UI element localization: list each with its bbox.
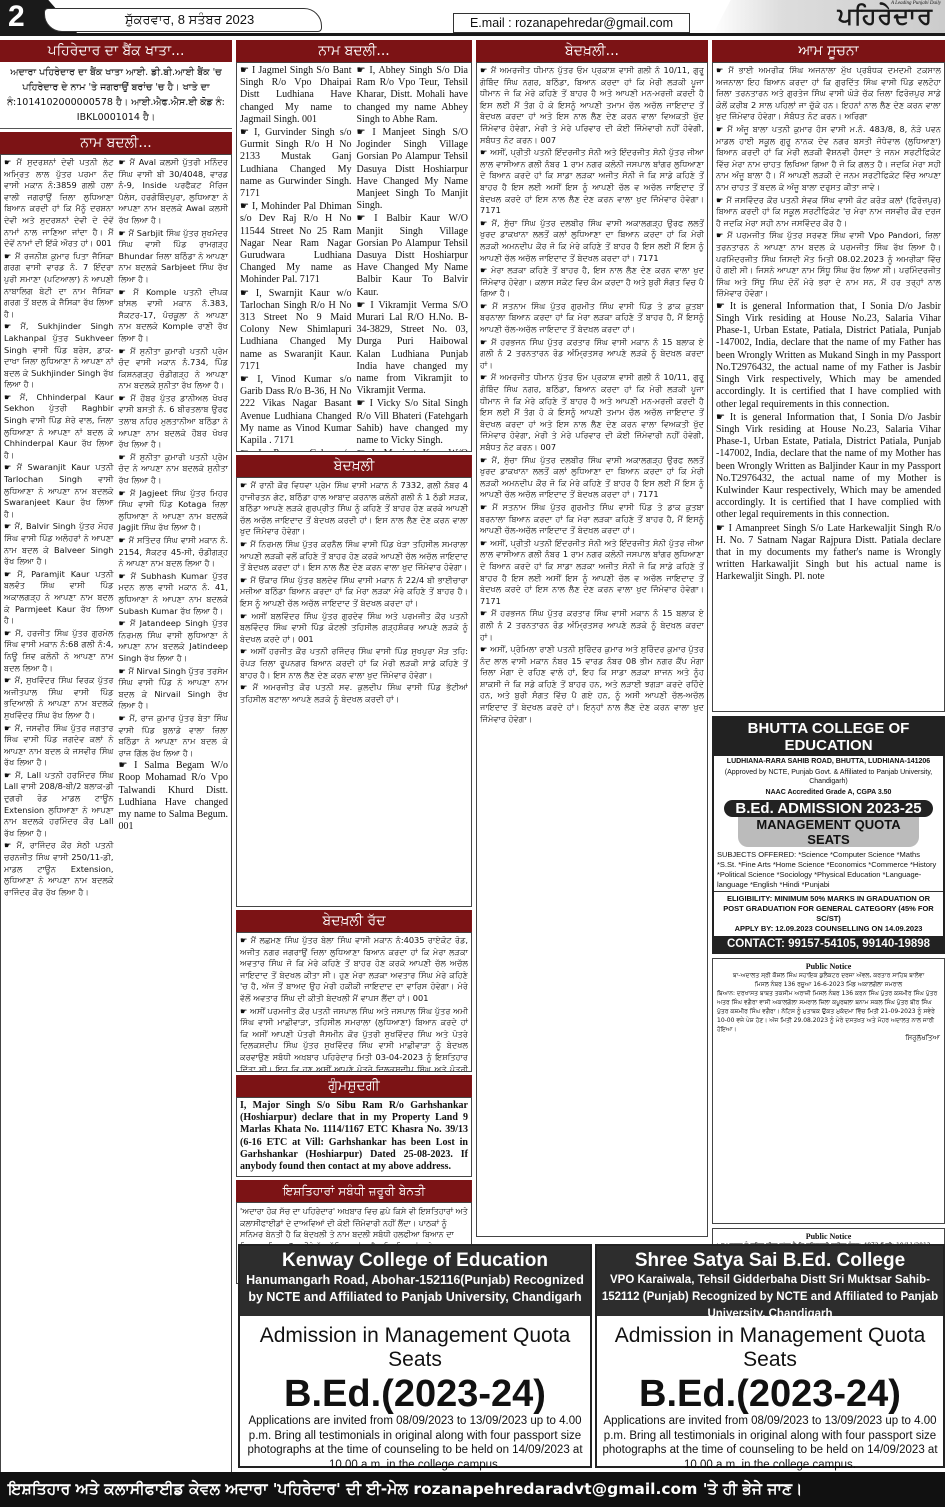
naam-badli-en-right: ☛ I, Abhey Singh S/o Dia Ram R/o Vpo Teu… bbox=[357, 65, 469, 449]
column-name-change-english: ਨਾਮ ਬਦਲੀ... ☛ I Jagmel Singh S/o Bant Si… bbox=[236, 40, 472, 1284]
bedakhli-right-list: ☛ ਮੈਂ ਅਮਰਜੀਤ ਧੀਮਾਨ ਪੁੱਤਰ ਓਮ ਪ੍ਰਕਾਸ਼ ਵਾਸੀ… bbox=[476, 62, 708, 1237]
newspaper-logo: A Leading Punjabi Daily ਪਹਿਰੇਦਾਰ bbox=[712, 0, 945, 36]
list-item: ☛ ਮੈਂ Nirval Singh ਪੁੱਤਰ ਤਰਸੇਮ ਸਿੰਘ ਵਾਸੀ… bbox=[119, 666, 229, 712]
list-item: ☛ ਮੈਂ ਹਰਭਜਨ ਸਿੰਘ ਪੁੱਤਰ ਕਰਤਾਰ ਸਿੰਘ ਵਾਸੀ ਮ… bbox=[480, 337, 704, 372]
list-item: ☛ ਮੈਂ ਰਜਨੀਸ਼ ਕੁਮਾਰ ਪਿਤਾ ਜੈਸਿਕਾ ਗਰਗ ਵਾਸੀ … bbox=[4, 251, 114, 321]
list-item: ☛ ਅਸੀਂ ਪਰਮਜੀਤ ਕੌਰ ਪਤਨੀ ਜਸਪਾਲ ਸਿੰਘ ਅਤੇ ਜਸ… bbox=[240, 1006, 468, 1072]
list-item: ☛ ਮੈਂ, Balvir Singh ਪੁੱਤਰ ਮੋਹਰ ਸਿੰਘ ਵਾਸੀ… bbox=[4, 521, 114, 567]
list-item: ☛ ਮੈਂ ਸਤਿੰਦਰ ਸਿੰਘ ਵਾਸੀ ਮਕਾਨ ਨੰ. 2154, ਸੈ… bbox=[119, 535, 229, 570]
list-item: ☛ I Manjeet Singh S/O Joginder Singh Vil… bbox=[357, 127, 469, 212]
satya-sai-college-ad: Shree Satya Sai B.Ed. College VPO Karaiw… bbox=[595, 1244, 945, 1468]
bedakhli-list: ☛ ਮੈਂ ਰਾਨੀ ਕੌਰ ਵਿਧਵਾ ਪ੍ਰੇਮ ਸਿੰਘ ਵਾਸੀ ਮਕਾ… bbox=[236, 477, 472, 907]
ad-header: Shree Satya Sai B.Ed. College VPO Karaiw… bbox=[597, 1246, 943, 1316]
list-item: ☛ I, Swarnjit Kaur w/o Tarlochan Singh R… bbox=[240, 288, 352, 373]
section-header-bedakhli-radd: ਬੇਦਖ਼ਲੀ ਰੱਦ bbox=[236, 910, 472, 932]
list-item: ☛ I, Gurvinder Singh s/o Gurmit Singh R/… bbox=[240, 127, 352, 200]
list-item: ☛ ਮੈਂ, ਹਰਜੀਤ ਸਿੰਘ ਪੁੱਤਰ ਗੁਰਮੇਲ ਸਿੰਘ ਵਾਸੀ… bbox=[4, 628, 114, 674]
aam-soochna-list: ☛ ਮੈਂ ਭਾਈ ਅਮਰੀਕ ਸਿੰਘ ਅਜਨਾਲਾ ਮੁੱਖ ਪ੍ਰਬੰਧਕ… bbox=[712, 62, 945, 712]
list-item: ☛ ਮੈਂ ਨਿਰਮਲ ਸਿੰਘ ਪੁੱਤਰ ਕਰਨੈਲ ਸਿੰਘ ਵਾਸੀ ਪ… bbox=[240, 539, 468, 574]
list-item: ☛ ਮੈਂ ਅੰਜੂ ਬਾਲਾ ਪਤਨੀ ਕੁਮਾਰ ਹੰਸ ਵਾਸੀ ਮ.ਨੰ… bbox=[716, 124, 941, 194]
list-item: ☛ ਮੈਂ Swaranjit Kaur ਪਤਨੀ Tarlochan Sing… bbox=[4, 462, 114, 520]
section-header-bedakhli-right: ਬੇਦਖ਼ਲੀ... bbox=[476, 40, 708, 62]
list-item: ☛ I Amanpreet Singh S/o Late Harkewaljit… bbox=[716, 523, 941, 584]
list-item: ☛ ਮੈਂ ਅਮਰਜੀਤ ਕੌਰ ਪਤਨੀ ਸਵ. ਕੁਲਦੀਪ ਸਿੰਘ ਵਾ… bbox=[240, 682, 468, 705]
list-item: ☛ ਮੈਂ ਲਛਮਣ ਸਿੰਘ ਪੁੱਤਰ ਬੇਲਾ ਸਿੰਘ ਵਾਸੀ ਮਕਾ… bbox=[240, 935, 468, 1005]
column-bedakhli-right: ਬੇਦਖ਼ਲੀ... ☛ ਮੈਂ ਅਮਰਜੀਤ ਧੀਮਾਨ ਪੁੱਤਰ ਓਮ ਪ… bbox=[476, 40, 708, 1237]
list-item: ☛ ਮੈਂ ਓਂਕਾਰ ਸਿੰਘ ਪੁੱਤਰ ਬਲਦੇਵ ਸਿੰਘ ਵਾਸੀ ਮ… bbox=[240, 575, 468, 610]
list-item: ☛ It is general Information that, I Soni… bbox=[716, 412, 941, 522]
public-notice-title: Public Notice bbox=[717, 962, 940, 971]
list-item: ☛ ਮੈਂ Jatandeep Singh ਪੁੱਤਰ ਨਿਰਮਲ ਸਿੰਘ ਵ… bbox=[119, 618, 229, 664]
bhutta-college-ad: BHUTTA COLLEGE OF EDUCATION LUDHIANA-RAR… bbox=[712, 716, 945, 954]
list-item: ☛ ਮੈਂ ਸੁਨੀਤਾ ਕੁਮਾਰੀ ਪਤਨੀ ਪ੍ਰੇਮ ਚੰਦ ਵਾਸੀ … bbox=[119, 346, 229, 392]
notice-body: ਬਿਆਨ: ਦਰਖਾਸਤ ਬਾਬਤ ਤਕਸੀਮ ਅਰਾਜ਼ੀ ਮਿਸਲ ਨੰਬਰ… bbox=[717, 989, 940, 1034]
list-item: ☛ I, Vinod Kumar s/o Garib Dass R/o B-36… bbox=[240, 374, 352, 447]
list-item: ☛ ਮੇਰਾ ਲੜਕਾ ਕਹਿਣੇ ਤੋਂ ਬਾਹਰ ਹੈ, ਇਸ ਨਾਲ ਲੈ… bbox=[480, 265, 704, 300]
naam-badli-left-column: ☛ ਮੈਂ ਸੁਦਰਸ਼ਨਾਂ ਦੇਵੀ ਪਤਨੀ ਲੇਟ ਅਮ੍ਰਿਤ ਲਾਲ… bbox=[4, 157, 114, 1507]
masthead-email[interactable]: E.mail : rozanapehredar@gmail.com bbox=[453, 13, 690, 33]
list-item: ☛ ਮੈਂ, ਸੁਖਵਿੰਦਰ ਸਿੰਘ ਵਿਰਕ ਪੁੱਤਰ ਅਜੀਤਪਾਲ … bbox=[4, 675, 114, 721]
list-item: ☛ I Vikramjit Verma S/O Murari Lal R/O H… bbox=[357, 300, 469, 398]
masthead-divider bbox=[0, 33, 945, 36]
naam-badli-punjabi-list: ☛ ਮੈਂ ਸੁਦਰਸ਼ਨਾਂ ਦੇਵੀ ਪਤਨੀ ਲੇਟ ਅਮ੍ਰਿਤ ਲਾਲ… bbox=[0, 154, 232, 1507]
list-item: ☛ ਮੈਂ ਸਤਨਾਮ ਸਿੰਘ ਪੁੱਤਰ ਗੁਰਮੀਤ ਸਿੰਘ ਵਾਸੀ … bbox=[480, 301, 704, 336]
list-item: ☛ ਮੈਂ, ਰਾਜਿੰਦਰ ਕੌਰ ਸੇਠੀ ਪਤਨੀ ਚਰਨਜੀਤ ਸਿੰਘ… bbox=[4, 840, 114, 898]
list-item: ☛ ਮੈਂ, Sukhjinder Singh Lakhanpal ਪੁੱਤਰ … bbox=[4, 321, 114, 391]
section-header-bank: ਪਹਿਰੇਦਾਰ ਦਾ ਬੈਂਕ ਖਾਤਾ... bbox=[0, 40, 232, 62]
bhutta-address: LUDHIANA-RARA SAHIB ROAD, BHUTTA, LUDHIA… bbox=[714, 756, 943, 767]
list-item: ☛ ਮੈਂ ਪਰਮਜੀਤ ਸਿੰਘ ਪੁੱਤਰ ਸਰਵਣ ਸਿੰਘ ਵਾਸੀ V… bbox=[716, 230, 941, 300]
list-item: ☛ ਅਸੀਂ, ਪ੍ਰੋਮਿਲਾ ਰਾਣੀ ਪਤਨੀ ਸੁਰਿੰਦਰ ਕੁਮਾਰ… bbox=[480, 644, 704, 725]
college-name: Kenway College of Education bbox=[242, 1250, 588, 1272]
section-header-naam-badli-2: ਨਾਮ ਬਦਲੀ... bbox=[236, 40, 472, 62]
list-item: ☛ I, Abhey Singh S/o Dia Ram R/o Vpo Teu… bbox=[357, 65, 469, 126]
public-notice-title: Public Notice bbox=[717, 1232, 940, 1241]
issue-date: ਸ਼ੁੱਕਰਵਾਰ, 8 ਸਤੰਬਰ 2023 bbox=[44, 8, 322, 32]
list-item: ☛ ਮੈਂ Aval ਕਲਸੀ ਪੁੱਤਰੀ ਮਨਿੰਦਰ ਸਿੰਘ ਵਾਸੀ … bbox=[119, 157, 229, 227]
section-header-naam-badli: ਨਾਮ ਬਦਲੀ... bbox=[0, 132, 232, 154]
list-item: ☛ ਮੈਂ, ਰਾਜ ਕੁਮਾਰ ਪੁੱਤਰ ਬੇਤਾ ਸਿੰਘ ਵਾਸੀ ਪਿ… bbox=[119, 713, 229, 759]
naam-badli-english-list: ☛ I Jagmel Singh S/o Bant Singh R/o Vpo … bbox=[236, 62, 472, 452]
course-name: B.Ed.(2023-24) bbox=[240, 1374, 590, 1414]
list-item: ☛ ਮੈਂ Komple ਪਤਨੀ ਦੀਪਕ ਬਾਂਸਲ ਵਾਸੀ ਮਕਾਨ ਨ… bbox=[119, 287, 229, 345]
list-item: ☛ ਮੈਂ ਸੁਦਰਸ਼ਨਾਂ ਦੇਵੀ ਪਤਨੀ ਲੇਟ ਅਮ੍ਰਿਤ ਲਾਲ… bbox=[4, 157, 114, 250]
naac-badge: NAAC Accredited Grade A, CGPA 3.50 bbox=[714, 787, 943, 798]
list-item: ☛ ਅਸੀਂ, ਪ੍ਰੀਤੀ ਪਤਨੀ ਇੰਦਰਜੀਤ ਸੋਨੀ ਅਤੇ ਇੰਦ… bbox=[480, 538, 704, 608]
list-item: ☛ ਮੈਂ Sarbjit ਸਿੰਘ ਪੁੱਤਰ ਸੁਖਮੰਦਰ ਸਿੰਘ ਵਾ… bbox=[119, 228, 229, 286]
section-header-disclaimer: ਇਸ਼ਤਿਹਾਰਾਂ ਸਬੰਧੀ ਜ਼ਰੂਰੀ ਬੇਨਤੀ bbox=[236, 1180, 472, 1202]
notice-signature: ਸਿਰੁਲੱਖਤਿਆ bbox=[717, 1034, 940, 1043]
bhutta-eligibility-2: POST GRADUATION FOR GENERAL CATEGORY (45… bbox=[714, 904, 943, 924]
list-item: ☛ It is general Information that, I Soni… bbox=[716, 301, 941, 411]
list-item: ☛ ਮੈਂ ਸਤਨਾਮ ਸਿੰਘ ਪੁੱਤਰ ਗੁਰਮੀਤ ਸਿੰਘ ਵਾਸੀ … bbox=[480, 502, 704, 537]
column-aam-soochna: ਆਮ ਸੂਚਨਾ ☛ ਮੈਂ ਭਾਈ ਅਮਰੀਕ ਸਿੰਘ ਅਜਨਾਲਾ ਮੁੱ… bbox=[712, 40, 945, 1316]
list-item: ☛ ਮੈਂ ਹਰਭਜਨ ਸਿੰਘ ਪੁੱਤਰ ਕਰਤਾਰ ਸਿੰਘ ਵਾਸੀ ਮ… bbox=[480, 608, 704, 643]
public-notice-court: Public Notice ਬਾ-ਅਦਾਲਤ ਸ੍ਰੀ ਕੌਸ਼ਲ ਸਿੰਘ ਸ… bbox=[712, 958, 945, 1224]
bhutta-title: BHUTTA COLLEGE OF EDUCATION bbox=[714, 718, 943, 756]
ad-header: Kenway College of Education Hanumangarh … bbox=[240, 1246, 590, 1316]
bhutta-contact: CONTACT: 99157-54105, 99140-19898 bbox=[714, 936, 943, 952]
list-item: ☛ ਮੈਂ ਭਾਈ ਅਮਰੀਕ ਸਿੰਘ ਅਜਨਾਲਾ ਮੁੱਖ ਪ੍ਰਬੰਧਕ… bbox=[716, 65, 941, 123]
lost-property-notice: I, Major Singh S/o Sibu Ram R/o Garhshan… bbox=[240, 1100, 468, 1173]
list-item: ☛ ਮੈਂ ਜਸਵਿੰਦਰ ਕੌਰ ਪਤਨੀ ਸੇਵਕ ਸਿੰਘ ਵਾਸੀ ਕੋ… bbox=[716, 195, 941, 230]
list-item: ☛ ਮੈਂ, ਸੁੱਚਾ ਸਿੰਘ ਪੁੱਤਰ ਦਲਬੀਰ ਸਿੰਘ ਵਾਸੀ … bbox=[480, 455, 704, 501]
list-item: ☛ I Vicky S/o Sital Singh R/o Vill Bhate… bbox=[357, 398, 469, 447]
bhutta-approval: (Approved by NCTE, Punjab Govt. & Affili… bbox=[714, 767, 943, 787]
list-item: ☛ ਮੈਂ ਸੁਨੀਤਾ ਕੁਮਾਰੀ ਪਤਨੀ ਪ੍ਰੇਮ ਚੰਦ ਨੇ ਆਪ… bbox=[119, 452, 229, 487]
admission-headline: Admission in Management Quota Seats bbox=[597, 1324, 943, 1372]
application-details: Applications are invited from 08/09/2023… bbox=[240, 1414, 590, 1472]
list-item: ☛ I, Pawan Gaba s/o Kishori Lal R/o H No… bbox=[240, 448, 352, 452]
list-item: ☛ I, Manjeet Kaur W/O Balwant Singh Gill… bbox=[357, 448, 469, 452]
footer-advert-email-banner: ਇਸ਼ਤਿਹਾਰ ਅਤੇ ਕਲਾਸੀਫਾਈਡ ਕੇਵਲ ਅਦਾਰਾ 'ਪਹਿਰੇ… bbox=[0, 1472, 945, 1507]
list-item: ☛ ਮੈਂ Subhash Kumar ਪੁੱਤਰ ਮਦਨ ਲਾਲ ਵਾਸੀ ਮ… bbox=[119, 571, 229, 617]
bhutta-apply-by: APPLY BY: 12.09.2023 COUNSELLING ON 14.0… bbox=[714, 924, 943, 934]
list-item: ☛ ਮੈਂ ਅਮਰਜੀਤ ਧੀਮਾਨ ਪੁੱਤਰ ਓਮ ਪ੍ਰਕਾਸ਼ ਵਾਸੀ… bbox=[480, 65, 704, 146]
list-item: ☛ ਮੈਂ, Lall ਪਤਨੀ ਹਰਮਿੰਦਰ ਸਿੰਘ Lall ਵਾਸੀ … bbox=[4, 770, 114, 840]
college-address: VPO Karaiwala, Tehsil Gidderbaha Distt S… bbox=[599, 1272, 941, 1323]
bedakhli-radd-list: ☛ ਮੈਂ ਲਛਮਣ ਸਿੰਘ ਪੁੱਤਰ ਬੇਲਾ ਸਿੰਘ ਵਾਸੀ ਮਕਾ… bbox=[236, 932, 472, 1072]
list-item: ☛ ਅਸੀਂ ਹਰਜੀਤ ਕੌਰ ਪਤਨੀ ਰਜਿੰਦਰ ਸਿੰਘ ਵਾਸੀ ਪ… bbox=[240, 646, 468, 681]
list-item: ☛ ਮੈਂ ਹੌਬਰ ਪੁੱਤਰ ਡਾਨੀਅਲ ਖੋਖਰ ਵਾਸੀ ਬਸਤੀ ਨ… bbox=[119, 393, 229, 451]
application-details: Applications are invited from 08/09/2023… bbox=[597, 1414, 943, 1472]
list-item: ☛ I Balbir Kaur W/O Manjit Singh Village… bbox=[357, 213, 469, 298]
masthead: 2 ਸ਼ੁੱਕਰਵਾਰ, 8 ਸਤੰਬਰ 2023 E.mail : rozan… bbox=[0, 0, 945, 36]
bank-account-info: ਅਦਾਰਾ ਪਹਿਰੇਦਾਰ ਦਾ ਬੈਂਕ ਖਾਤਾ ਆਈ. ਡੀ.ਬੀ.ਆਈ… bbox=[0, 62, 232, 129]
naam-badli-right-column: ☛ ਮੈਂ Aval ਕਲਸੀ ਪੁੱਤਰੀ ਮਨਿੰਦਰ ਸਿੰਘ ਵਾਸੀ … bbox=[119, 157, 229, 1507]
list-item: ☛ ਅਸੀਂ ਬਲਵਿੰਦਰ ਸਿੰਘ ਪੁੱਤਰ ਗੁਰਦੇਵ ਸਿੰਘ ਅਤ… bbox=[240, 611, 468, 646]
list-item: ☛ I Jagmel Singh S/o Bant Singh R/o Vpo … bbox=[240, 65, 352, 126]
column-bank-and-name-change: ਪਹਿਰੇਦਾਰ ਦਾ ਬੈਂਕ ਖਾਤਾ... ਅਦਾਰਾ ਪਹਿਰੇਦਾਰ … bbox=[0, 40, 232, 1507]
section-header-gumshudgi: ਗੁੰਮਸ਼ੁਦਗੀ bbox=[236, 1075, 472, 1097]
list-item: ☛ ਮੈਂ, Paramjit Kaur ਪਤਨੀ ਬਲਵੰਤ ਸਿੰਘ ਵਾਸ… bbox=[4, 569, 114, 627]
bhutta-eligibility-1: ELIGIBILITY: MINIMUM 50% MARKS IN GRADUA… bbox=[714, 891, 943, 904]
bhutta-subjects: SUBJECTS OFFERED: *Science *Computer Sci… bbox=[714, 849, 943, 891]
list-item: ☛ ਅਸੀਂ, ਪ੍ਰੀਤੀ ਪਤਨੀ ਇੰਦਰਜੀਤ ਸੋਨੀ ਅਤੇ ਇੰਦ… bbox=[480, 147, 704, 217]
bhutta-admission: B.Ed. ADMISSION 2023-25 bbox=[724, 800, 933, 817]
naam-badli-en-left: ☛ I Jagmel Singh S/o Bant Singh R/o Vpo … bbox=[240, 65, 352, 449]
list-item: ☛ ਮੈਂ Jagjeet ਸਿੰਘ ਪੁੱਤਰ ਮਿਹਰ ਸਿੰਘ ਵਾਸੀ … bbox=[119, 488, 229, 534]
college-address: Hanumangarh Road, Abohar-152116(Punjab) … bbox=[242, 1272, 588, 1306]
court-name: ਬਾ-ਅਦਾਲਤ ਸ੍ਰੀ ਕੌਸ਼ਲ ਸਿੰਘ ਸਹਾਇਕ ਕੁਲੈਕਟਰ ਦ… bbox=[717, 971, 940, 980]
admission-headline: Admission in Management Quota Seats bbox=[240, 1324, 590, 1372]
list-item: ☛ ਮੈਂ, ਜਸਵੀਰ ਸਿੰਘ ਪੁੱਤਰ ਜਗਤਾਰ ਸਿੰਘ ਵਾਸੀ … bbox=[4, 723, 114, 769]
course-name: B.Ed.(2023-24) bbox=[597, 1374, 943, 1414]
section-header-aam-soochna: ਆਮ ਸੂਚਨਾ bbox=[712, 40, 945, 62]
list-item: ☛ I Salma Begam W/o Roop Mohamad R/o Vpo… bbox=[119, 760, 229, 833]
section-header-bedakhli: ਬੇਦਖ਼ਲੀ bbox=[236, 455, 472, 477]
list-item: ☛ ਮੈਂ ਰਾਨੀ ਕੌਰ ਵਿਧਵਾ ਪ੍ਰੇਮ ਸਿੰਘ ਵਾਸੀ ਮਕਾ… bbox=[240, 480, 468, 538]
gumshudgi-notice: I, Major Singh S/o Sibu Ram R/o Garhshan… bbox=[236, 1097, 472, 1177]
logo-text: ਪਹਿਰੇਦਾਰ bbox=[838, 2, 933, 30]
list-item: ☛ ਮੈਂ, ਸੁੱਚਾ ਸਿੰਘ ਪੁੱਤਰ ਦਲਬੀਰ ਸਿੰਘ ਵਾਸੀ … bbox=[480, 218, 704, 264]
case-number: ਮਿਸਲ ਨੰਬਰ 136 ਰਜੂਆ 16-6-2023 ਮਿੰਡ ਅਕਾਲਗੋ… bbox=[717, 980, 940, 989]
list-item: ☛ ਮੈਂ, Chhinderpal Kaur Sekhon ਪੁੱਤਰੀ Ra… bbox=[4, 392, 114, 462]
kenway-college-ad: Kenway College of Education Hanumangarh … bbox=[238, 1244, 592, 1468]
college-name: Shree Satya Sai B.Ed. College bbox=[599, 1250, 941, 1272]
bhutta-quota: MANAGEMENT QUOTA SEATS bbox=[738, 817, 919, 847]
list-item: ☛ ਮੈਂ ਅਮਰਜੀਤ ਧੀਮਾਨ ਪੁੱਤਰ ਓਮ ਪ੍ਰਕਾਸ਼ ਵਾਸੀ… bbox=[480, 372, 704, 453]
list-item: ☛ I, Mohinder Pal Dhiman s/o Dev Raj R/o… bbox=[240, 201, 352, 286]
